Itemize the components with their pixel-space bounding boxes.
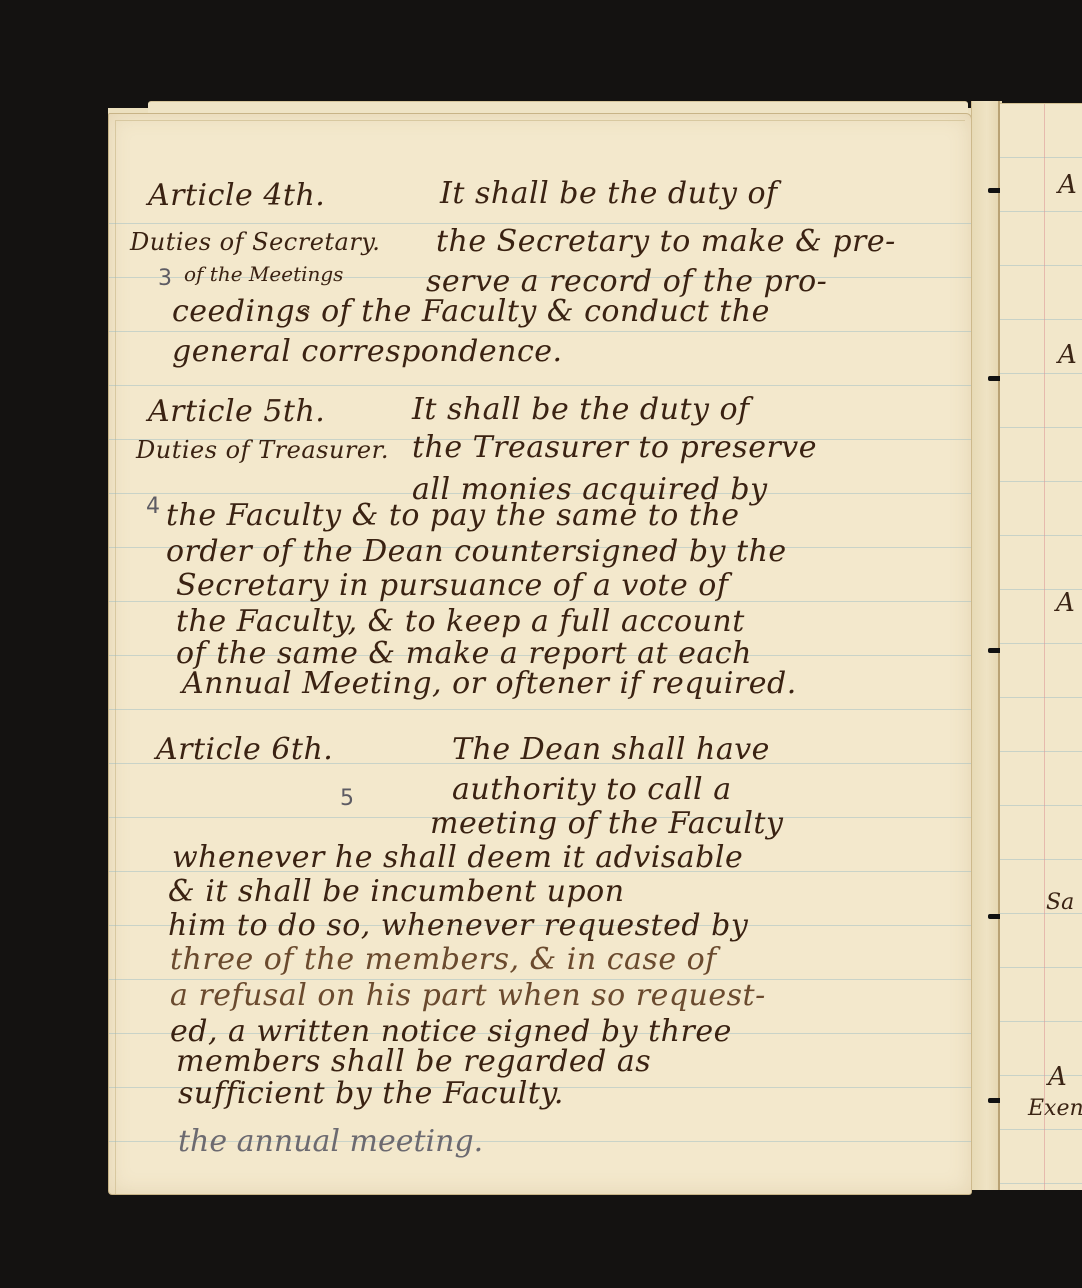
article-6-line-2: authority to call a [452, 772, 732, 807]
right-page-fragment: A [1048, 1062, 1067, 1092]
article-5-number: Article 5th. [148, 394, 325, 429]
article-6-line-6: him to do so, whenever requested by [168, 908, 748, 943]
article-5-line-2: the Treasurer to preserve [412, 430, 817, 465]
right-page-fragment: Sa [1046, 890, 1074, 915]
article-6-number: Article 6th. [156, 732, 333, 767]
article-6-line-5: & it shall be incumbent upon [168, 874, 625, 909]
article-5-line-7: the Faculty, & to keep a full account [176, 604, 745, 639]
article-6-line-3: meeting of the Faculty [430, 806, 783, 841]
article-5-line-1: It shall be the duty of [412, 392, 750, 427]
article-5-heading: Duties of Treasurer. [136, 436, 389, 464]
article-5-line-6: Secretary in pursuance of a vote of [176, 568, 728, 603]
article-4-line-4: ceedings of the Faculty & conduct the [172, 294, 770, 329]
article-6-line-8: a refusal on his part when so request- [170, 978, 766, 1013]
right-page-fragment: A [1056, 588, 1075, 618]
pencil-note-annual-meeting: the annual meeting. [178, 1124, 483, 1159]
article-4-insertion: of the Meetings [184, 262, 343, 286]
article-4-heading: Duties of Secretary. [130, 228, 380, 256]
article-5-line-5: order of the Dean countersigned by the [166, 534, 787, 569]
article-6-line-11: sufficient by the Faculty. [178, 1076, 564, 1111]
article-6-line-10: members shall be regarded as [176, 1044, 651, 1079]
article-4-line-5: general correspondence. [172, 334, 563, 369]
article-6-line-7: three of the members, & in case of [170, 942, 717, 977]
article-4-line-2: the Secretary to make & pre- [436, 224, 896, 259]
margin-mark-3: 3 [158, 266, 172, 291]
right-page-fragment: A [1058, 170, 1077, 200]
article-5-line-4: the Faculty & to pay the same to the [166, 498, 740, 533]
article-5-line-9: Annual Meeting, or oftener if required. [182, 666, 797, 701]
right-page-fragment: Exen [1028, 1096, 1082, 1121]
article-6-line-4: whenever he shall deem it advisable [172, 840, 743, 875]
margin-mark-4: 4 [146, 494, 160, 519]
margin-mark-5: 5 [340, 786, 354, 811]
manuscript-page-right-partial [1000, 103, 1082, 1190]
article-4-number: Article 4th. [148, 178, 325, 213]
article-4-line-1: It shall be the duty of [440, 176, 778, 211]
right-page-fragment: A [1058, 340, 1077, 370]
margin-rule-line [1044, 104, 1045, 1190]
article-6-line-1: The Dean shall have [452, 732, 770, 767]
